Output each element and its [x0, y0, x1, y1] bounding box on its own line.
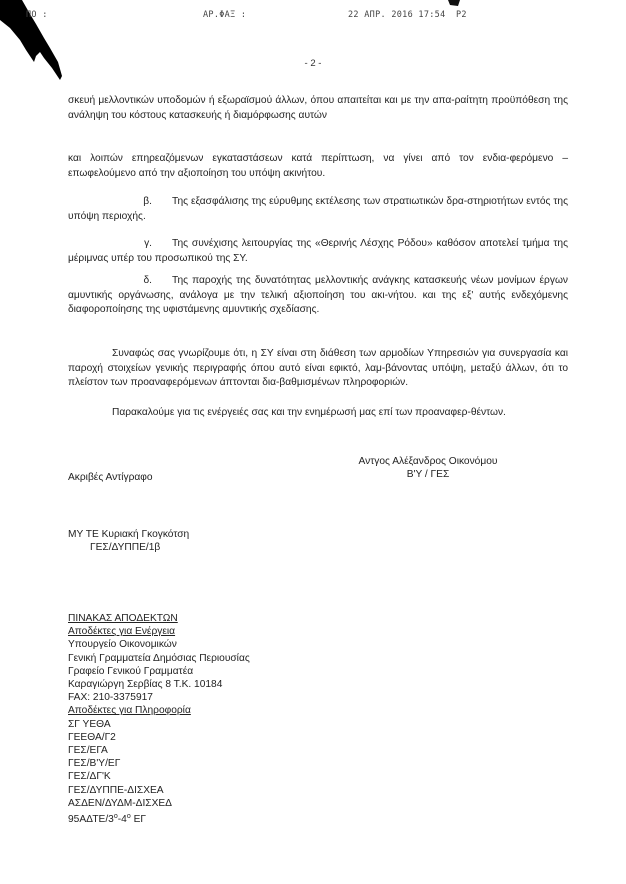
item-letter: γ.: [68, 237, 172, 252]
paragraph-text: σκευή μελλοντικών υποδομών ή εξωραϊσμού …: [68, 94, 568, 123]
fax-header: ΠΟ : ΑΡ.ΦΑΞ : 22 ΑΠΡ. 2016 17:54 P2: [0, 10, 626, 26]
fax-datetime: 22 ΑΠΡ. 2016 17:54: [348, 10, 446, 20]
paragraph-info: Συναφώς σας γνωρίζουμε ότι, η ΣΥ είναι σ…: [68, 347, 568, 391]
info-recipient-line: ΓΕΣ/ΔΓ'Κ: [68, 770, 250, 783]
signatory-title: Β'Υ / ΓΕΣ: [338, 468, 518, 481]
fax-page: P2: [456, 10, 467, 20]
info-recipient-line: 95ΑΔΤΕ/3ο-4ο ΕΓ: [68, 810, 250, 826]
action-recipient-line: Υπουργείο Οικονομικών: [68, 638, 250, 651]
info-recipient-line: ΓΕΣ/Β'Υ/ΕΓ: [68, 757, 250, 770]
fax-number-label: ΑΡ.ΦΑΞ :: [203, 10, 246, 20]
info-recipient-line: ΓΕΣ/ΕΓΑ: [68, 744, 250, 757]
recipient-text: -4: [118, 814, 127, 825]
recipient-text: ΕΓ: [131, 814, 146, 825]
info-recipient-line: ΣΓ ΥΕΘΑ: [68, 718, 250, 731]
recipients-title: ΠΙΝΑΚΑΣ ΑΠΟΔΕΚΤΩΝ: [68, 612, 250, 625]
info-recipients-heading: Αποδέκτες για Πληροφορία: [68, 704, 250, 717]
list-item-c: γ.Της συνέχισης λειτουργίας της «Θερινής…: [68, 237, 568, 266]
copy-signatory-unit: ΓΕΣ/ΔΥΠΠΕ/1β: [68, 541, 189, 554]
signatory-name: Αντγος Αλέξανδρος Οικονόμου: [338, 455, 518, 468]
action-recipient-line: Γραφείο Γενικού Γραμματέα: [68, 665, 250, 678]
info-recipient-line: ΓΕΣ/ΔΥΠΠΕ-ΔΙΣΧΕΑ: [68, 784, 250, 797]
list-item-b: β.Της εξασφάλισης της εύρυθμης εκτέλεσης…: [68, 195, 568, 224]
list-item-d: δ.Της παροχής της δυνατότητας μελλοντική…: [68, 274, 568, 318]
item-letter: β.: [68, 195, 172, 210]
paragraph-continued-1: σκευή μελλοντικών υποδομών ή εξωραϊσμού …: [68, 94, 568, 123]
action-recipient-line: Καραγιώργη Σερβίας 8 Τ.Κ. 10184: [68, 678, 250, 691]
copy-signatory-name: ΜΥ ΤΕ Κυριακή Γκογκότση: [68, 528, 189, 541]
paragraph-text: και λοιπών επηρεαζόμενων εγκαταστάσεων κ…: [68, 152, 568, 181]
action-recipients-heading: Αποδέκτες για Ενέργεια: [68, 625, 250, 638]
recipient-text: 95ΑΔΤΕ/3: [68, 814, 114, 825]
recipients-table: ΠΙΝΑΚΑΣ ΑΠΟΔΕΚΤΩΝ Αποδέκτες για Ενέργεια…: [68, 612, 250, 826]
scan-smudge: [446, 0, 460, 6]
fax-from-label: ΠΟ :: [26, 10, 48, 20]
paragraph-text: Συναφώς σας γνωρίζουμε ότι, η ΣΥ είναι σ…: [68, 348, 568, 388]
signature-block: Αντγος Αλέξανδρος Οικονόμου Β'Υ / ΓΕΣ: [338, 455, 518, 481]
paragraph-text: Παρακαλούμε για τις ενέργειές σας και τη…: [112, 407, 506, 418]
info-recipient-line: ΑΣΔΕΝ/ΔΥΔΜ-ΔΙΣΧΕΔ: [68, 797, 250, 810]
action-recipient-line: Γενική Γραμματεία Δημόσιας Περιουσίας: [68, 652, 250, 665]
page-number: - 2 -: [0, 58, 626, 69]
copy-signatory-block: ΜΥ ΤΕ Κυριακή Γκογκότση ΓΕΣ/ΔΥΠΠΕ/1β: [68, 528, 189, 554]
action-recipient-line: FAX: 210-3375917: [68, 691, 250, 704]
info-recipient-line: ΓΕΕΘΑ/Γ2: [68, 731, 250, 744]
exact-copy-label: Ακριβές Αντίγραφο: [68, 472, 153, 483]
item-letter: δ.: [68, 274, 172, 289]
paragraph-continued-2: και λοιπών επηρεαζόμενων εγκαταστάσεων κ…: [68, 152, 568, 181]
paragraph-request: Παρακαλούμε για τις ενέργειές σας και τη…: [68, 406, 568, 421]
